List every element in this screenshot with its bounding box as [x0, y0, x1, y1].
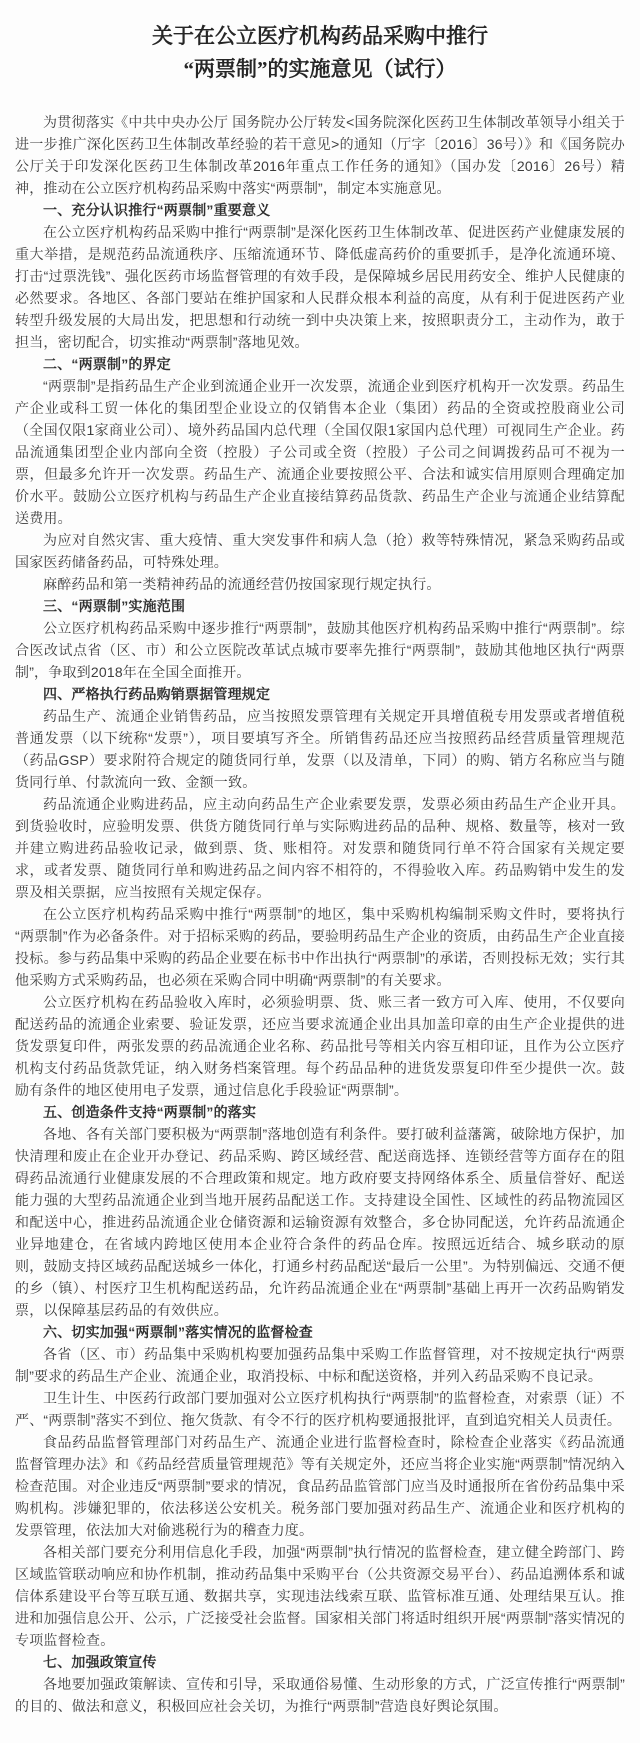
paragraph: 公立医疗机构药品采购中逐步推行“两票制”，鼓励其他医疗机构药品采购中推行“两票制… [15, 617, 625, 683]
paragraph: 药品流通企业购进药品，应主动向药品生产企业索要发票，发票必须由药品生产企业开具。… [15, 793, 625, 903]
section-heading: 六、切实加强“两票制”落实情况的监督检查 [15, 1321, 625, 1343]
section-heading: 三、“两票制”实施范围 [15, 595, 625, 617]
section-heading: 七、加强政策宣传 [15, 1651, 625, 1673]
paragraph: 各地、各有关部门要积极为“两票制”落地创造有利条件。要打破利益藩篱，破除地方保护… [15, 1123, 625, 1321]
document-body: 为贯彻落实《中共中央办公厅 国务院办公厅转发<国务院深化医药卫生体制改革领导小组… [15, 111, 625, 1717]
document-title-line2: “两票制”的实施意见（试行） [15, 53, 625, 86]
section-heading: 一、充分认识推行“两票制”重要意义 [15, 199, 625, 221]
paragraph: 各省（区、市）药品集中采购机构要加强药品集中采购工作监督管理，对不按规定执行“两… [15, 1343, 625, 1387]
paragraph: “两票制”是指药品生产企业到流通企业开一次发票，流通企业到医疗机构开一次发票。药… [15, 375, 625, 529]
paragraph: 各地要加强政策解读、宣传和引导，采取通俗易懂、生动形象的方式，广泛宣传推行“两票… [15, 1673, 625, 1717]
paragraph: 药品生产、流通企业销售药品，应当按照发票管理有关规定开具增值税专用发票或者增值税… [15, 705, 625, 793]
section-heading: 二、“两票制”的界定 [15, 353, 625, 375]
paragraph: 公立医疗机构在药品验收入库时，必须验明票、货、账三者一致方可入库、使用，不仅要向… [15, 991, 625, 1101]
paragraph: 卫生计生、中医药行政部门要加强对公立医疗机构执行“两票制”的监督检查，对索票（证… [15, 1387, 625, 1431]
paragraph: 在公立医疗机构药品采购中推行“两票制”的地区，集中采购机构编制采购文件时，要将执… [15, 903, 625, 991]
document-title: 关于在公立医疗机构药品采购中推行 “两票制”的实施意见（试行） [15, 20, 625, 86]
paragraph: 麻醉药品和第一类精神药品的流通经营仍按国家现行规定执行。 [15, 573, 625, 595]
document-title-line1: 关于在公立医疗机构药品采购中推行 [15, 20, 625, 53]
paragraph: 食品药品监督管理部门对药品生产、流通企业进行监督检查时，除检查企业落实《药品流通… [15, 1431, 625, 1541]
paragraph: 在公立医疗机构药品采购中推行“两票制”是深化医药卫生体制改革、促进医药产业健康发… [15, 221, 625, 353]
document-page: 关于在公立医疗机构药品采购中推行 “两票制”的实施意见（试行） 为贯彻落实《中共… [0, 0, 640, 1743]
section-heading: 五、创造条件支持“两票制”的落实 [15, 1101, 625, 1123]
paragraph: 为贯彻落实《中共中央办公厅 国务院办公厅转发<国务院深化医药卫生体制改革领导小组… [15, 111, 625, 199]
section-heading: 四、严格执行药品购销票据管理规定 [15, 683, 625, 705]
paragraph: 各相关部门要充分利用信息化手段，加强“两票制”执行情况的监督检查，建立健全跨部门… [15, 1541, 625, 1651]
paragraph: 为应对自然灾害、重大疫情、重大突发事件和病人急（抢）救等特殊情况，紧急采购药品或… [15, 529, 625, 573]
